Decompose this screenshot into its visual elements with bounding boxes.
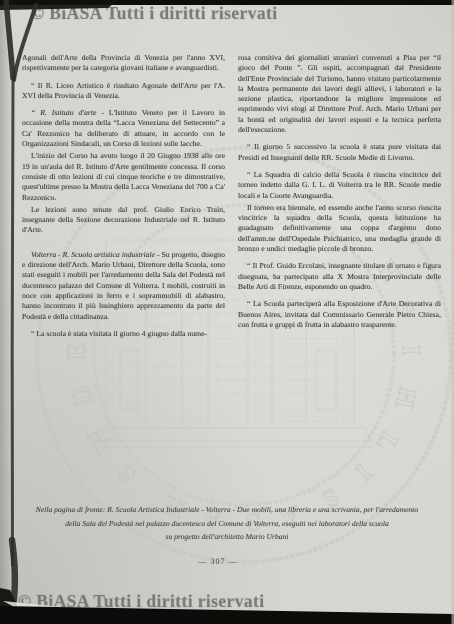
paragraph-lead-italic: Volterra - R. Scuola artistica industria… (31, 250, 155, 259)
svg-text:I: I (397, 345, 426, 356)
paragraph: “ La Squadra di calcio della Scuola è ri… (238, 170, 441, 201)
svg-text:S: S (111, 458, 142, 489)
caption-line: Nella pagina di fronte: R. Scuola Artist… (18, 503, 436, 517)
scanned-journal-page: { "scan": { "watermark_top": "© BiASA Tu… (0, 0, 454, 624)
paragraph-text: Il torneo era biennale, ed essendo anche… (238, 203, 441, 253)
paragraph: Volterra - R. Scuola artistica industria… (22, 250, 225, 322)
paragraph: Il torneo era biennale, ed essendo anche… (238, 203, 441, 254)
paragraph-text: “ La Squadra di calcio della Scuola è ri… (238, 170, 441, 200)
svg-text:L: L (370, 427, 404, 457)
paragraph-lead-italic: “ R. Istituto d'arte (31, 108, 96, 117)
paragraph-text: “ La Scuola parteciperà alla Esposizione… (238, 299, 441, 329)
paragraph: Le lezioni sono tenute dal prof. Giulio … (22, 205, 225, 236)
paragraph-text: rosa comitiva dei giornalisti stranieri … (238, 53, 441, 134)
caption-line: su progetto dell'architetto Mario Urbani (18, 530, 436, 544)
paragraph-text: Le lezioni sono tenute dal prof. Giulio … (22, 205, 225, 235)
caption: Nella pagina di fronte: R. Scuola Artist… (18, 503, 436, 544)
text-column-right: rosa comitiva dei giornalisti stranieri … (238, 53, 441, 339)
paragraph: “ Il R. Liceo Artistico è risultato Agon… (22, 81, 225, 102)
svg-text:W: W (81, 422, 119, 459)
paragraph: “ Il giorno 5 successivo la scuola è sta… (238, 142, 441, 163)
page-number: — 307 — (0, 557, 436, 566)
caption-line: della Sala del Podestà nel palazzo ducen… (18, 517, 436, 531)
paragraph: “ La Scuola parteciperà alla Esposizione… (238, 299, 441, 330)
paragraph-text: L'inizio del Corso ha avuto luogo il 20 … (22, 151, 225, 201)
paragraph-text: “ Il R. Liceo Artistico è risultato Agon… (22, 81, 225, 100)
paragraph-text: “ La scuola è stata visitata il giorno 4… (31, 329, 207, 338)
paragraph-text: “ Il giorno 5 successivo la scuola è sta… (238, 142, 441, 161)
paragraph: “ La scuola è stata visitata il giorno 4… (22, 329, 225, 339)
paragraph: Agonali dell'Arte della Provincia di Ven… (22, 53, 225, 74)
paragraph-text: Agonali dell'Arte della Provincia di Ven… (22, 53, 225, 72)
paragraph: “ Il Prof. Guido Ercolani, insegnante ti… (238, 261, 441, 292)
paragraph: “ R. Istituto d'arte - L'Istituto Veneto… (22, 108, 225, 149)
book-gutter-shadow (0, 0, 12, 624)
svg-text:I: I (350, 458, 378, 485)
paragraph-text: “ Il Prof. Guido Ercolani, insegnante ti… (238, 261, 441, 291)
article-body: Agonali dell'Arte della Provincia di Ven… (22, 53, 442, 339)
svg-text:E: E (62, 343, 91, 360)
svg-text:D: D (65, 382, 98, 408)
paragraph-text: - Su progetto, disegno e direzione dell'… (22, 250, 225, 321)
svg-text:H: H (390, 385, 423, 411)
copyright-watermark-top: © BiASA Tutti i diritti riservati (31, 3, 278, 24)
paragraph: L'inizio del Corso ha avuto luogo il 20 … (22, 151, 225, 202)
copyright-watermark-bottom: © BiASA Tutti i diritti riservati (18, 591, 265, 612)
paragraph: rosa comitiva dei giornalisti stranieri … (238, 53, 441, 135)
text-column-left: Agonali dell'Arte della Provincia di Ven… (22, 53, 225, 339)
